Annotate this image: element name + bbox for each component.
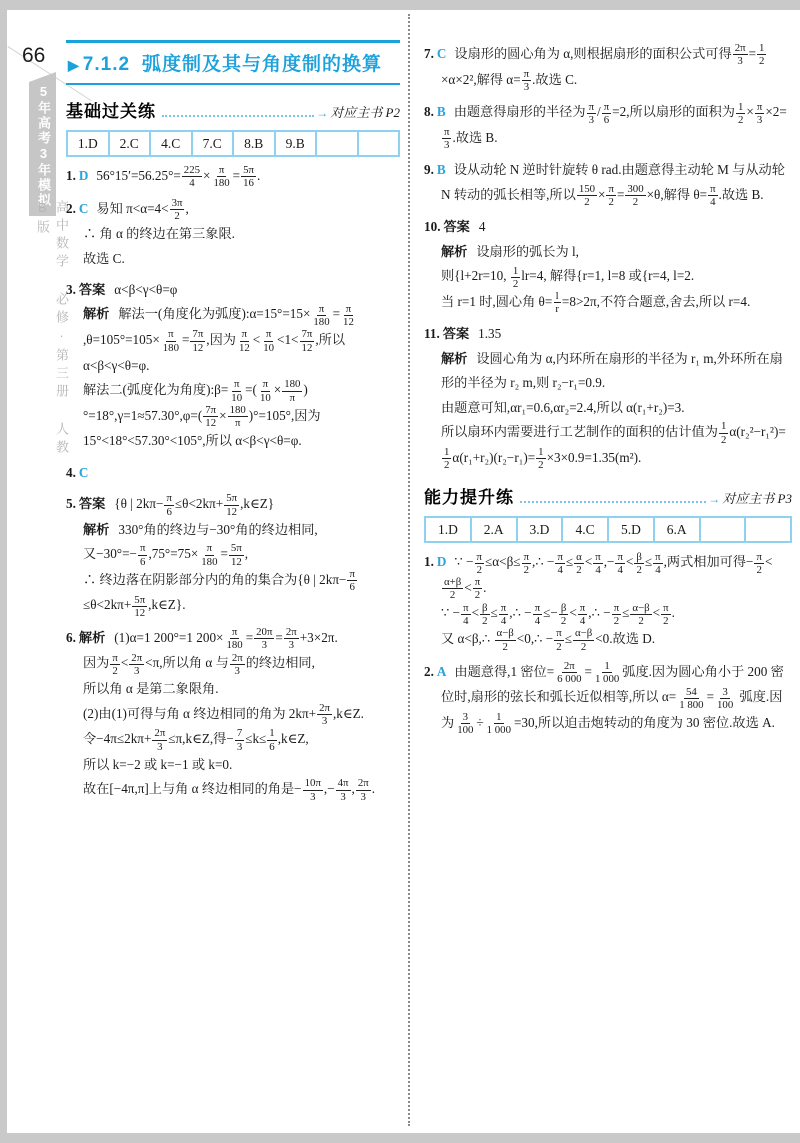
answer-label: 答案 <box>443 326 469 341</box>
answer-cell: 7.C <box>192 131 234 156</box>
section-title-text: 弧度制及其与角度制的换算 <box>142 54 382 75</box>
column-divider <box>408 14 410 1126</box>
answer-text: 4 <box>479 219 486 234</box>
answer-cell: 2.C <box>109 131 151 156</box>
dotted-leader <box>520 501 706 503</box>
problem-number: 8. <box>424 104 434 119</box>
problem-6: 6.解析(1)α=1 200°=1 200×π180=20π3=2π3+3×2π… <box>66 626 400 803</box>
problem-number: 9. <box>424 162 434 177</box>
section-code: 7.1.2 <box>83 54 130 75</box>
problem-8: 8.B由题意得扇形的半径为π3/π6=2,所以扇形的面积为12×π3×2=π3.… <box>424 100 792 151</box>
problem-11: 11.答案1.35 解析设圆心角为 α,内环所在扇形的半径为 r₁ m,外环所在… <box>424 322 792 471</box>
problem-number: 1. <box>66 168 76 183</box>
answer-cell: 1.D <box>67 131 109 156</box>
answer-cell: 8.B <box>233 131 275 156</box>
answer-cell <box>745 517 791 542</box>
answer-letter: C <box>437 46 447 61</box>
answer-cell: 4.C <box>150 131 192 156</box>
problem-9: 9.B设从动轮 N 逆时针旋转 θ rad.由题意得主动轮 M 与从动轮 N 转… <box>424 158 792 208</box>
problem-number: 11. <box>424 326 440 341</box>
solution-text: 由题意得,1 密位=2π6 000=11 000弧度.因为圆心角小于 200 密… <box>441 664 784 730</box>
solution-text: 又 α<β,∴ α−β2<0,∴ −π2≤α−β2<0.故选 D. <box>441 631 655 646</box>
right-column: 7.C设扇形的圆心角为 α,则根据扇形的面积公式可得2π3=12×α×2²,解得… <box>424 42 792 736</box>
solution-text: 由题意可知,αr₁=0.6,αr₂=2.4,所以 α(r₁+r₂)=3. <box>441 400 685 415</box>
arrow-icon: → <box>316 106 328 121</box>
solution-text: 令−4π≤2kπ+2π3≤π,k∈Z,得−73≤k≤16,k∈Z, <box>83 731 309 746</box>
solution-text: 设扇形的圆心角为 α,则根据扇形的面积公式可得2π3=12×α×2²,解得 α=… <box>441 46 767 87</box>
solution-label: 解析 <box>441 244 467 259</box>
answer-letter: A <box>437 664 447 679</box>
answer-text: {θ | 2kπ−π6≤θ<2kπ+5π12,k∈Z} <box>114 496 274 511</box>
problem-7: 7.C设扇形的圆心角为 α,则根据扇形的面积公式可得2π3=12×α×2²,解得… <box>424 42 792 93</box>
solution-label: 解析 <box>441 351 467 366</box>
solution-text: 设圆心角为 α,内环所在扇形的半径为 r₁ m,外环所在扇形的半径为 r₂ m,… <box>441 351 783 390</box>
answer-label: 答案 <box>79 496 105 511</box>
solution-text: 设从动轮 N 逆时针旋转 θ rad.由题意得主动轮 M 与从动轮 N 转动的弧… <box>441 162 785 201</box>
solution-text: 故在[−4π,π]上与角 α 终边相同的角是−10π3,−4π3,2π3. <box>83 781 375 796</box>
solution-text: 56°15′=56.25°=2254×π180=5π16. <box>96 168 260 183</box>
answer-letter: B <box>437 104 446 119</box>
solution-text: ∵ −π2≤α<β≤π2,∴ −π4≤α2<π4,−π4<β2≤π4,两式相加可… <box>441 554 772 595</box>
basic-section-head: 基础过关练 → 对应主书 P2 <box>66 97 400 122</box>
solution-text: ∵ −π4<β2≤π4,∴ −π4≤−β2<π4,∴ −π2≤α−β2<π2. <box>441 605 675 620</box>
problem-5: 5.答案{θ | 2kπ−π6≤θ<2kπ+5π12,k∈Z} 解析330°角的… <box>66 492 400 619</box>
page-edge-bottom <box>0 1133 800 1143</box>
solution-text: ∴ 角 α 的终边在第三象限. <box>83 226 235 241</box>
answer-text: α<β<γ<θ=φ <box>114 282 177 297</box>
answer-cell: 2.A <box>471 517 517 542</box>
answer-cell <box>358 131 400 156</box>
adv-problem-2: 2.A由题意得,1 密位=2π6 000=11 000弧度.因为圆心角小于 20… <box>424 660 792 737</box>
answer-cell: 1.D <box>425 517 471 542</box>
answer-cell <box>316 131 358 156</box>
solution-text: 因为π2<2π3<π,所以角 α 与2π3的终边相同, <box>83 655 315 670</box>
adv-problem-1: 1.D∵ −π2≤α<β≤π2,∴ −π4≤α2<π4,−π4<β2≤π4,两式… <box>424 550 792 652</box>
answer-label: 答案 <box>443 219 469 234</box>
title-rule-bottom <box>66 83 400 85</box>
solution-text: 设扇形的弧长为 l, <box>476 244 579 259</box>
solution-text: ∴ 终边落在阴影部分内的角的集合为{θ | 2kπ−π6≤θ<2kπ+5π12,… <box>83 572 358 613</box>
advanced-section-head: 能力提升练 → 对应主书 P3 <box>424 483 792 508</box>
answer-letter: D <box>79 168 89 183</box>
basic-section-name: 基础过关练 <box>66 97 156 122</box>
answer-letter: D <box>437 554 447 569</box>
solution-text: 故选 C. <box>83 251 125 266</box>
solution-text: 330°角的终边与−30°角的终边相同, <box>118 522 317 537</box>
section-title: ▶7.1.2弧度制及其与角度制的换算 <box>66 43 400 83</box>
answer-letter: C <box>79 201 89 216</box>
solution-text: 所以角 α 是第二象限角. <box>83 681 219 696</box>
problem-number: 5. <box>66 496 76 511</box>
solution-label: 解析 <box>83 306 109 321</box>
advanced-answer-table: 1.D 2.A 3.D 4.C 5.D 6.A <box>424 516 792 543</box>
problem-3: 3.答案α<β<γ<θ=φ 解析解法一(角度化为弧度):α=15°=15×π18… <box>66 278 400 454</box>
solution-text: 所以 k=−2 或 k=−1 或 k=0. <box>83 757 232 772</box>
solution-label: 解析 <box>79 630 105 645</box>
basic-answer-table: 1.D 2.C 4.C 7.C 8.B 9.B <box>66 130 400 157</box>
brand-ribbon: 5年高考3年模拟 <box>29 72 56 216</box>
answer-cell: 6.A <box>654 517 700 542</box>
problem-number: 10. <box>424 219 440 234</box>
solution-text: 所以扇环内需要进行工艺制作的面积的估计值为12α(r₂²−r₁²)=12α(r₁… <box>441 424 786 465</box>
basic-section-ref: 对应主书 P2 <box>330 102 400 121</box>
answer-letter: B <box>437 162 446 177</box>
solution-text: 又−30°=−π6,75°=75×π180=5π12, <box>83 546 248 561</box>
solution-text: 当 r=1 时,圆心角 θ=lr=8>2π,不符合题意,舍去,所以 r=4. <box>441 294 750 309</box>
problem-number: 2. <box>424 664 434 679</box>
problem-number: 4. <box>66 465 76 480</box>
problem-4: 4.C <box>66 461 400 485</box>
answer-label: 答案 <box>79 282 105 297</box>
advanced-section-name: 能力提升练 <box>424 483 514 508</box>
answer-cell: 5.D <box>608 517 654 542</box>
arrow-icon: → <box>708 492 720 507</box>
answer-letter: C <box>79 465 89 480</box>
problem-number: 6. <box>66 630 76 645</box>
page-edge-top <box>0 0 800 10</box>
problem-number: 2. <box>66 201 76 216</box>
solution-text: 则{l+2r=10, 12lr=4, 解得{r=1, l=8 或{r=4, l=… <box>441 268 694 283</box>
dotted-leader <box>162 115 314 117</box>
left-column: ▶7.1.2弧度制及其与角度制的换算 基础过关练 → 对应主书 P2 1.D 2… <box>66 40 400 803</box>
scanned-textbook-page: { "page_number": "66", "sidebar": { "rib… <box>0 0 800 1143</box>
advanced-section-ref: 对应主书 P3 <box>722 488 792 507</box>
answer-text: 1.35 <box>478 326 501 341</box>
solution-text: (1)α=1 200°=1 200×π180=20π3=2π3+3×2π. <box>114 630 338 645</box>
answer-cell: 4.C <box>562 517 608 542</box>
problem-number: 3. <box>66 282 76 297</box>
solution-text: 解法二(弧度化为角度):β=π10=(π10×180π)°=18°,γ=1≈57… <box>83 382 321 448</box>
problem-number: 7. <box>424 46 434 61</box>
problem-2: 2.C易知 π<α=4<3π2, ∴ 角 α 的终边在第三象限. 故选 C. <box>66 197 400 271</box>
problem-10: 10.答案4 解析设扇形的弧长为 l, 则{l+2r=10, 12lr=4, 解… <box>424 215 792 315</box>
solution-text: 易知 π<α=4<3π2, <box>96 201 188 216</box>
solution-text: 解法一(角度化为弧度):α=15°=15×π180=π12,θ=105°=105… <box>83 306 357 372</box>
solution-text: 由题意得扇形的半径为π3/π6=2,所以扇形的面积为12×π3×2=π3.故选 … <box>441 104 787 145</box>
problem-1: 1.D56°15′=56.25°=2254×π180=5π16. <box>66 164 400 190</box>
answer-cell: 9.B <box>275 131 317 156</box>
problem-number: 1. <box>424 554 434 569</box>
page-edge-left <box>0 0 7 1143</box>
page-number: 66 <box>22 44 45 68</box>
answer-cell: 3.D <box>517 517 563 542</box>
triangle-marker-icon: ▶ <box>68 57 80 73</box>
answer-cell <box>700 517 746 542</box>
solution-label: 解析 <box>83 522 109 537</box>
solution-text: (2)由(1)可得与角 α 终边相同的角为 2kπ+2π3,k∈Z. <box>83 706 364 721</box>
